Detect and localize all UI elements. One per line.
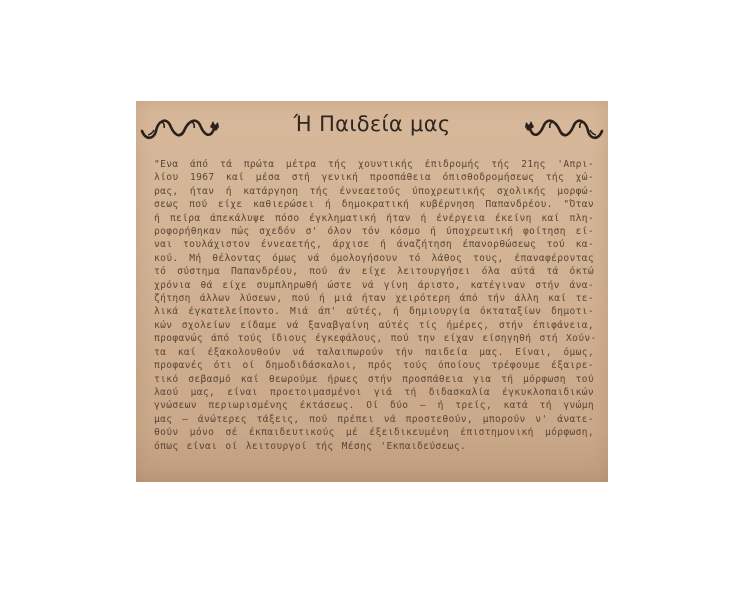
article-body: "Ενα άπό τά πρώτα μέτρα τής χουντικής έπ… — [154, 158, 594, 453]
article-line: ναι τουλάχιστον έννεαετής, άρχισε ή άναζ… — [154, 238, 594, 251]
article-line: τικό σεβασμό καί θεωρούμε ήρωες στήν προ… — [154, 373, 594, 386]
article-line: ρας, ήταν ή κατάργηση τής έννεαετούς ύπο… — [154, 185, 594, 198]
article-line: όπως είναι οί λειτουργοί τής Μέσης 'Εκπα… — [154, 440, 594, 453]
article-line: ροφορήθηκαν πώς σχεδόν σ' όλον τόν κόσμο… — [154, 225, 594, 238]
article-line: τα καί έξακολουθούν νά ταλαιπωρούν τήν π… — [154, 346, 594, 359]
article-line: λαού μας, είναι προετοιμασμένοι γιά τή δ… — [154, 386, 594, 399]
newspaper-clipping: Ή Παιδεία μας "Ενα άπό τά πρώτα μέτρα τή… — [136, 101, 608, 482]
article-line: χρόνια θά είχε συμπληρωθή ώστε νά γίνη ά… — [154, 279, 594, 292]
article-line: ή πείρα άπεκάλυψε πόσο έγκληματική ήταν … — [154, 212, 594, 225]
article-line: προφανές ότι οί δημοδιδάσκαλοι, πρός τού… — [154, 359, 594, 372]
article-line: τό σύστημα Παπανδρέου, πού άν είχε λειτο… — [154, 265, 594, 278]
article-line: σεως πού είχε καθιερώσει ή δημοκρατική κ… — [154, 198, 594, 211]
article-line: κού. Μή θέλοντας όμως νά όμολογήσουν τό … — [154, 252, 594, 265]
vine-scroll-ornament-right-icon — [522, 113, 604, 141]
article-line: γνώσεων περιωρισμένης έκτάσεως. Οί δύο —… — [154, 399, 594, 412]
article-line: θούν μόνο σέ έκπαιδευτικούς μέ έξειδικευ… — [154, 426, 594, 439]
article-line: κών σχολείων είδαμε νά ξαναβγαίνη αύτές … — [154, 319, 594, 332]
article-line: λίου 1967 καί μέσα στή γενική προσπάθεια… — [154, 171, 594, 184]
article-line: προφανώς άπό τούς ίδιους έγκεφάλους, πού… — [154, 332, 594, 345]
article-line: λικά έγκατελείποντο. Μιά άπ' αύτές, ή δη… — [154, 305, 594, 318]
article-line: "Ενα άπό τά πρώτα μέτρα τής χουντικής έπ… — [154, 158, 594, 171]
article-line: ζήτηση άλλων λύσεων, πού ή μιά ήταν χειρ… — [154, 292, 594, 305]
article-line: μας — άνώτερες τάξεις, πού πρέπει νά προ… — [154, 413, 594, 426]
